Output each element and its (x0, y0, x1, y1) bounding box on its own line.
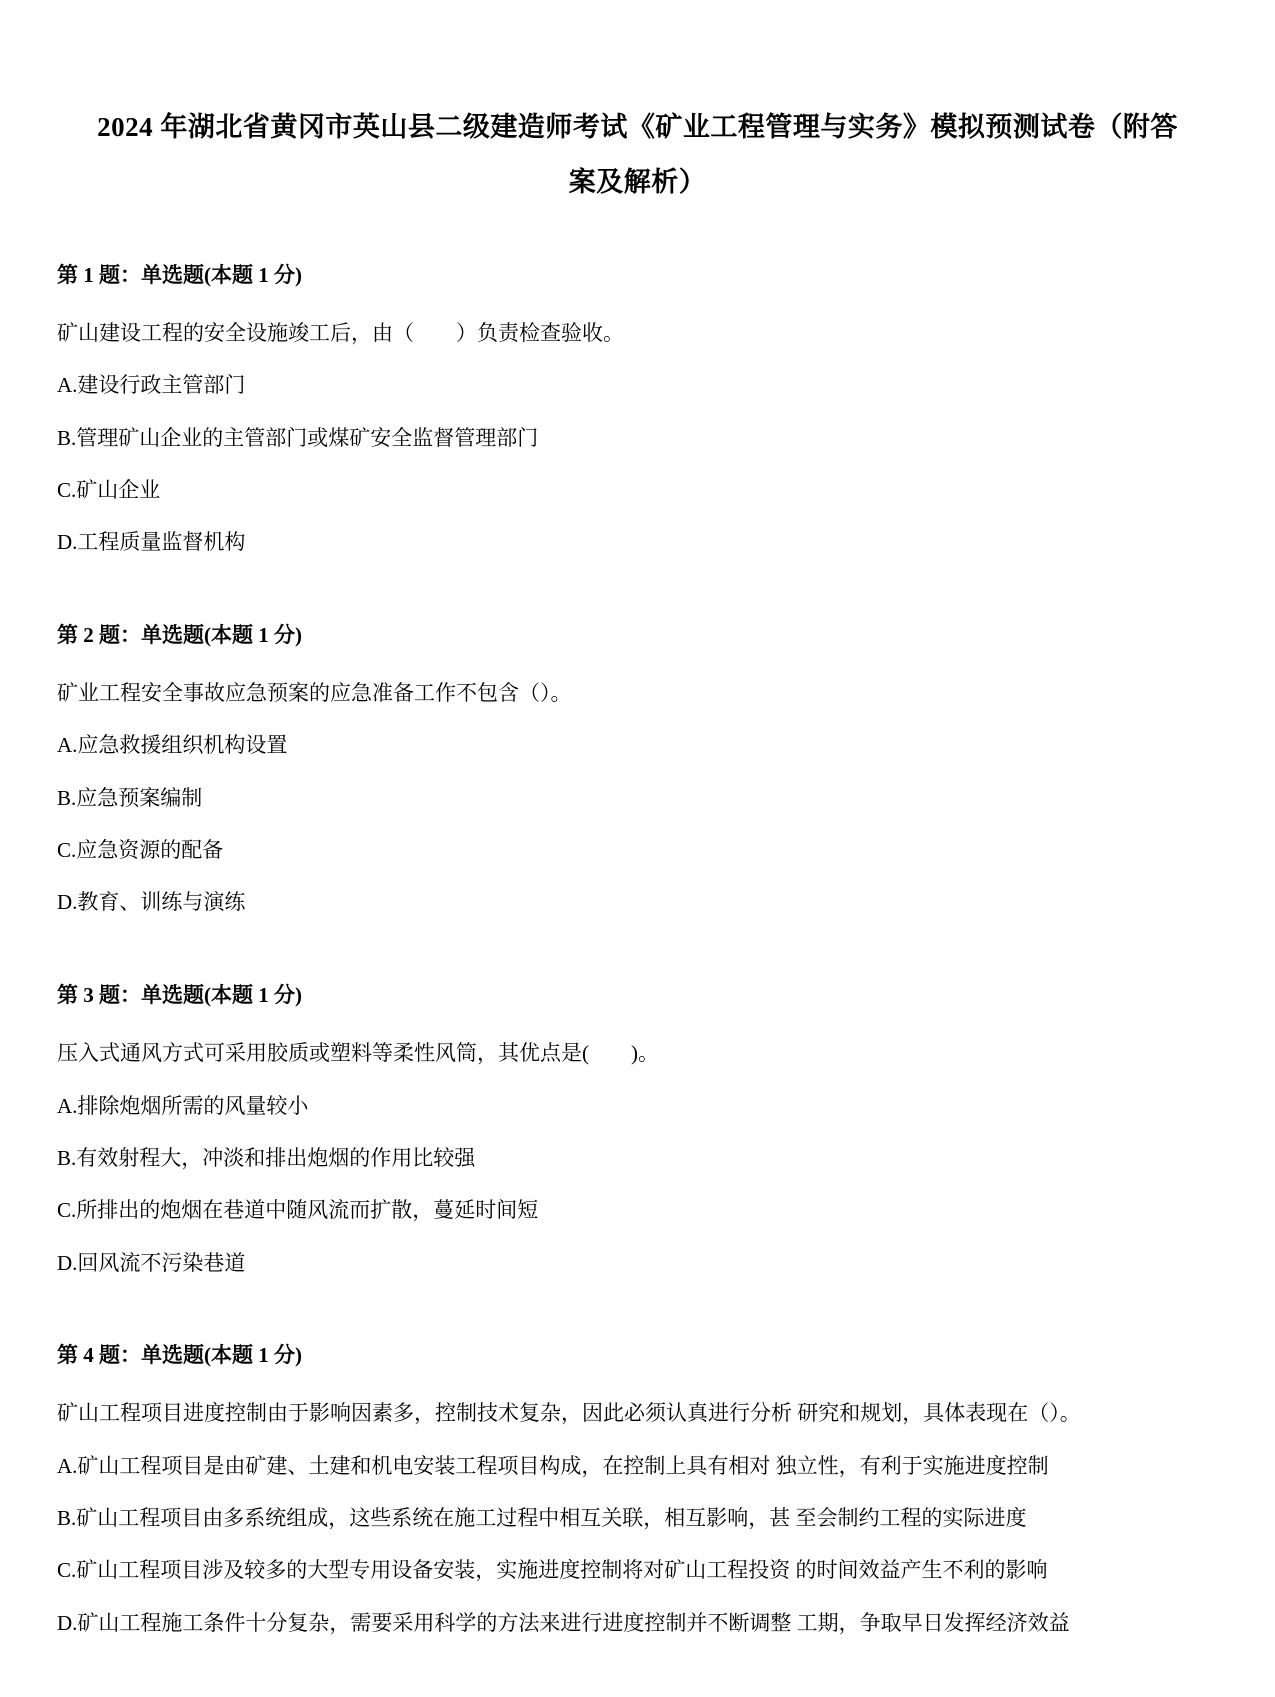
option-d: D.矿山工程施工条件十分复杂，需要采用科学的方法来进行进度控制并不断调整 工期，… (57, 1609, 1218, 1637)
question-stem: 矿业工程安全事故应急预案的应急准备工作不包含（）。 (57, 679, 1218, 707)
question-block-3: 第 3 题：单选题(本题 1 分) 压入式通风方式可采用胶质或塑料等柔性风筒，其… (57, 981, 1218, 1277)
option-c: C.矿山工程项目涉及较多的大型专用设备安装，实施进度控制将对矿山工程投资 的时间… (57, 1556, 1218, 1584)
option-b: B.管理矿山企业的主管部门或煤矿安全监督管理部门 (57, 424, 1218, 452)
option-a: A.矿山工程项目是由矿建、土建和机电安装工程项目构成，在控制上具有相对 独立性，… (57, 1452, 1218, 1480)
option-a: A.建设行政主管部门 (57, 371, 1218, 399)
page-title: 2024 年湖北省黄冈市英山县二级建造师考试《矿业工程管理与实务》模拟预测试卷（… (95, 100, 1180, 211)
option-b: B.矿山工程项目由多系统组成，这些系统在施工过程中相互关联，相互影响，甚 至会制… (57, 1504, 1218, 1532)
option-c: C.应急资源的配备 (57, 836, 1218, 864)
option-d: D.回风流不污染巷道 (57, 1249, 1218, 1277)
question-stem: 矿山工程项目进度控制由于影响因素多，控制技术复杂，因此必须认真进行分析 研究和规… (57, 1399, 1218, 1427)
option-b: B.有效射程大，冲淡和排出炮烟的作用比较强 (57, 1144, 1218, 1172)
question-heading: 第 2 题：单选题(本题 1 分) (57, 621, 1218, 649)
question-block-4: 第 4 题：单选题(本题 1 分) 矿山工程项目进度控制由于影响因素多，控制技术… (57, 1341, 1218, 1637)
question-stem: 矿山建设工程的安全设施竣工后，由（ ）负责检查验收。 (57, 319, 1218, 347)
question-block-2: 第 2 题：单选题(本题 1 分) 矿业工程安全事故应急预案的应急准备工作不包含… (57, 621, 1218, 917)
option-d: D.教育、训练与演练 (57, 888, 1218, 916)
option-a: A.应急救援组织机构设置 (57, 731, 1218, 759)
option-d: D.工程质量监督机构 (57, 528, 1218, 556)
option-a: A.排除炮烟所需的风量较小 (57, 1092, 1218, 1120)
option-c: C.矿山企业 (57, 476, 1218, 504)
question-stem: 压入式通风方式可采用胶质或塑料等柔性风筒，其优点是( )。 (57, 1039, 1218, 1067)
option-b: B.应急预案编制 (57, 784, 1218, 812)
question-list: 第 1 题：单选题(本题 1 分) 矿山建设工程的安全设施竣工后，由（ ）负责检… (57, 261, 1218, 1637)
exam-document-page: 2024 年湖北省黄冈市英山县二级建造师考试《矿业工程管理与实务》模拟预测试卷（… (0, 0, 1275, 1697)
question-block-1: 第 1 题：单选题(本题 1 分) 矿山建设工程的安全设施竣工后，由（ ）负责检… (57, 261, 1218, 557)
question-heading: 第 4 题：单选题(本题 1 分) (57, 1341, 1218, 1369)
question-heading: 第 3 题：单选题(本题 1 分) (57, 981, 1218, 1009)
question-heading: 第 1 题：单选题(本题 1 分) (57, 261, 1218, 289)
option-c: C.所排出的炮烟在巷道中随风流而扩散，蔓延时间短 (57, 1196, 1218, 1224)
